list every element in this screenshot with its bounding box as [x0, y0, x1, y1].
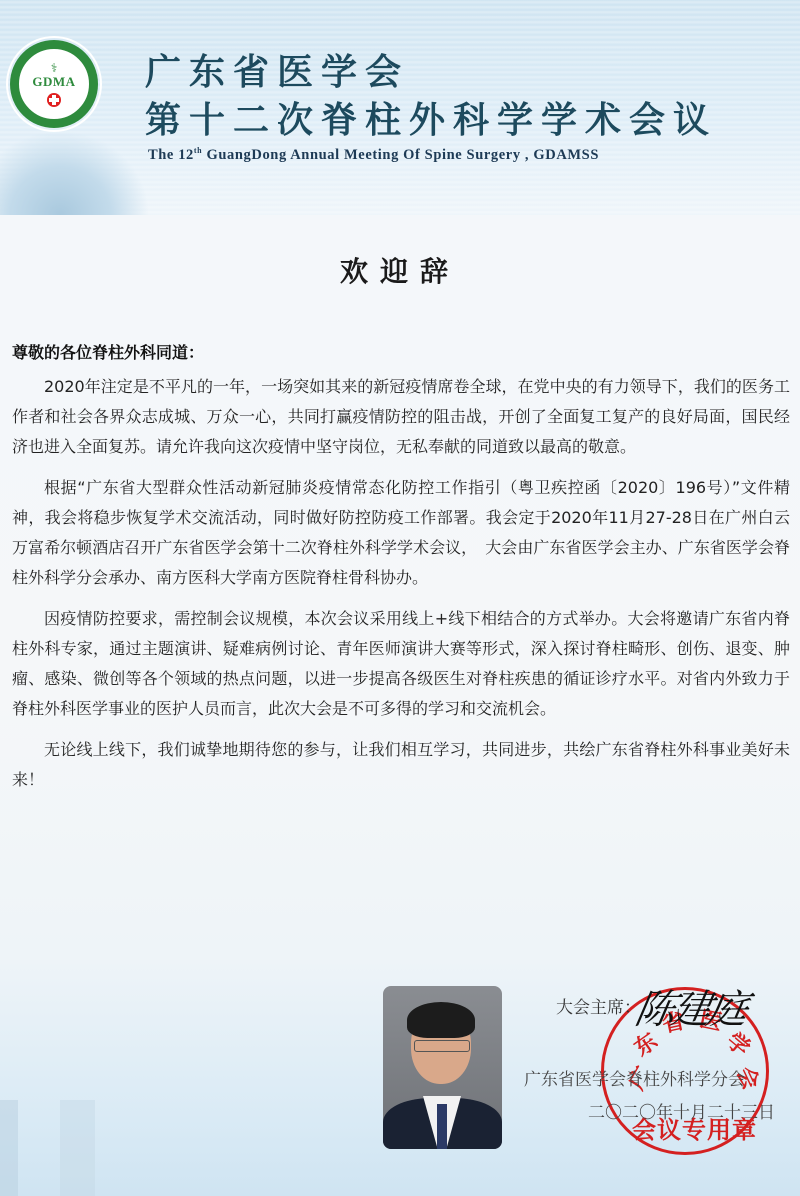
caduceus-icon: ⚕ — [51, 62, 58, 74]
letter-body: 2020年注定是不平凡的一年，一场突如其来的新冠疫情席卷全球，在党中央的有力领导… — [12, 372, 790, 806]
gdma-logo: ⚕ GDMA — [10, 40, 98, 128]
paragraph: 因疫情防控要求，需控制会议规模，本次会议采用线上+线下相结合的方式举办。大会将邀… — [12, 604, 790, 724]
letter-date: 二〇二〇年十月二十三日 — [588, 1098, 775, 1123]
landmark-decoration — [0, 1100, 150, 1196]
paragraph: 根据“广东省大型群众性活动新冠肺炎疫情常态化防控工作指引（粤卫疾控函〔2020〕… — [12, 473, 790, 593]
logo-abbr: GDMA — [32, 74, 75, 90]
red-cross-icon — [47, 93, 61, 107]
paragraph: 无论线上线下，我们诚挚地期待您的参与，让我们相互学习，共同进步，共绘广东省脊柱外… — [12, 735, 790, 795]
header-banner: ⚕ GDMA 广东省医学会 第十二次脊柱外科学学术会议 The 12th Gua… — [0, 0, 800, 215]
chair-signature: 陈建庭 — [631, 978, 749, 1035]
chair-portrait — [383, 986, 502, 1149]
title-line-1: 广东省医学会 — [145, 44, 409, 95]
chair-label: 大会主席： — [556, 993, 641, 1018]
title-line-2: 第十二次脊柱外科学学术会议 — [145, 92, 717, 143]
paragraph: 2020年注定是不平凡的一年，一场突如其来的新冠疫情席卷全球，在党中央的有力领导… — [12, 372, 790, 462]
english-subtitle: The 12th GuangDong Annual Meeting Of Spi… — [148, 146, 599, 164]
organization-name: 广东省医学会脊柱外科学分会 — [524, 1065, 745, 1090]
salutation: 尊敬的各位脊柱外科同道： — [12, 340, 204, 363]
mountain-decoration — [0, 130, 150, 215]
document-title: 欢迎辞 — [0, 250, 800, 290]
